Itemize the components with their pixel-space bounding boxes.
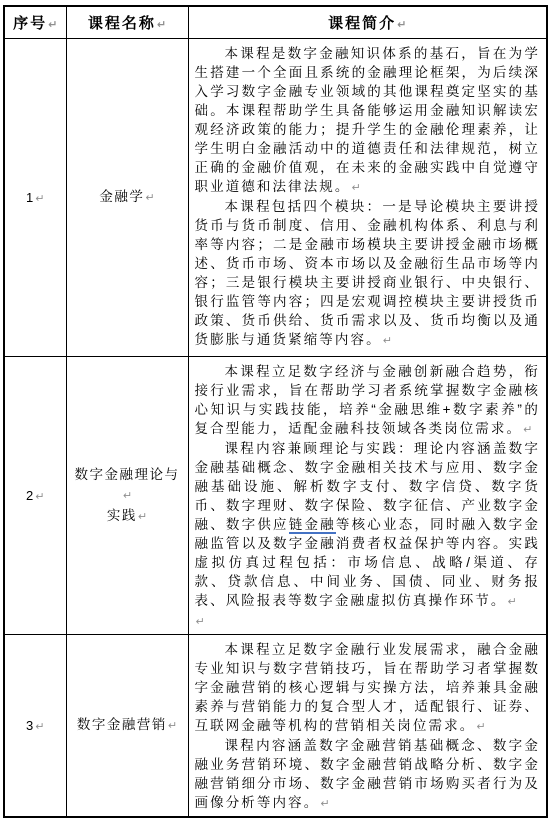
course-name-line: 金融学↵ [70,187,185,208]
course-intro-cell: 本课程立足数字经济与金融创新融合趋势，衔接行业需求，旨在帮助学习者系统掌握数字金… [188,357,547,635]
underlined-link-text[interactable]: 链金融 [289,517,336,534]
intro-text: 本课程立足数字金融行业发展需求，融合金融专业知识与数字营销技巧，旨在帮助学习者掌… [195,642,541,733]
intro-paragraph: 本课程包括四个模块：一是导论模块主要讲授货币与货币制度、信用、金融机构体系、利息… [195,197,541,350]
intro-text: 本课程包括四个模块：一是导论模块主要讲授货币与货币制度、信用、金融机构体系、利息… [195,199,541,347]
paragraph-mark-icon: ↵ [522,423,532,436]
course-number: 3 [26,718,34,733]
paragraph-mark-icon: ↵ [34,490,44,503]
intro-paragraph: 课程内容兼顾理论与实践：理论内容涵盖数字金融基础概念、数字金融相关技术与应用、数… [195,439,541,611]
course-number-cell: 2↵ [4,357,66,635]
paragraph-mark-icon: ↵ [156,18,166,31]
course-table: 序号↵ 课程名称↵ 课程简介↵ 1↵金融学↵本课程是数字金融知识体系的基石，旨在… [3,5,548,818]
header-label-number: 序号 [13,15,47,32]
header-label-course-intro: 课程简介 [328,15,396,32]
intro-paragraph: 课程内容涵盖数字金融营销基础概念、数字金融业务营销环境、数字金融营销战略分析、数… [195,736,541,813]
header-cell-course-name: 课程名称↵ [66,6,188,39]
table-row: 1↵金融学↵本课程是数字金融知识体系的基石，旨在为学生搭建一个全面且系统的金融理… [4,39,547,357]
paragraph-mark-icon: ↵ [167,719,177,732]
table-header-row: 序号↵ 课程名称↵ 课程简介↵ [4,6,547,39]
course-name-line: 实践↵ [70,506,185,527]
course-number: 1 [26,190,34,205]
intro-text: 课程内容涵盖数字金融营销基础概念、数字金融业务营销环境、数字金融营销战略分析、数… [195,738,541,810]
intro-text: 本课程是数字金融知识体系的基石，旨在为学生搭建一个全面且系统的金融理论框架，为后… [195,46,541,194]
paragraph-mark-icon: ↵ [382,334,392,347]
paragraph-mark-icon: ↵ [475,720,485,733]
paragraph-mark-icon: ↵ [195,615,205,628]
paragraph-mark-icon: ↵ [137,510,147,523]
paragraph-mark-icon: ↵ [47,18,57,31]
paragraph-mark-icon: ↵ [122,489,132,502]
course-intro-cell: 本课程是数字金融知识体系的基石，旨在为学生搭建一个全面且系统的金融理论框架，为后… [188,39,547,357]
document-page: 序号↵ 课程名称↵ 课程简介↵ 1↵金融学↵本课程是数字金融知识体系的基石，旨在… [0,0,550,821]
course-number-cell: 1↵ [4,39,66,357]
intro-text: 本课程立足数字经济与金融创新融合趋势，衔接行业需求，旨在帮助学习者系统掌握数字金… [195,364,541,436]
paragraph-mark-icon: ↵ [351,181,361,194]
intro-paragraph: 本课程是数字金融知识体系的基石，旨在为学生搭建一个全面且系统的金融理论框架，为后… [195,44,541,197]
course-name-cell: 金融学↵ [66,39,188,357]
header-label-course-name: 课程名称 [88,15,156,32]
paragraph-mark-icon: ↵ [34,192,44,205]
course-name: 数字金融理论与 [75,467,180,482]
course-name: 实践 [107,508,137,523]
paragraph-mark-icon: ↵ [507,595,517,608]
intro-paragraph: 本课程立足数字经济与金融创新融合趋势，衔接行业需求，旨在帮助学习者系统掌握数字金… [195,362,541,439]
paragraph-mark-icon: ↵ [319,797,329,810]
empty-paragraph: ↵ [195,611,541,631]
paragraph-mark-icon: ↵ [396,18,406,31]
course-name-line: 数字金融理论与↵ [70,465,185,506]
header-cell-number: 序号↵ [4,6,66,39]
course-name: 数字金融营销 [77,717,167,732]
intro-paragraph: 本课程立足数字金融行业发展需求，融合金融专业知识与数字营销技巧，旨在帮助学习者掌… [195,640,541,736]
header-cell-course-intro: 课程简介↵ [188,6,547,39]
course-name-cell: 数字金融理论与↵实践↵ [66,357,188,635]
course-name-line: 数字金融营销↵ [70,715,185,736]
table-row: 2↵数字金融理论与↵实践↵本课程立足数字经济与金融创新融合趋势，衔接行业需求，旨… [4,357,547,635]
course-number: 2 [26,488,34,503]
paragraph-mark-icon: ↵ [34,720,44,733]
paragraph-mark-icon: ↵ [144,191,154,204]
course-name: 金融学 [99,189,144,204]
